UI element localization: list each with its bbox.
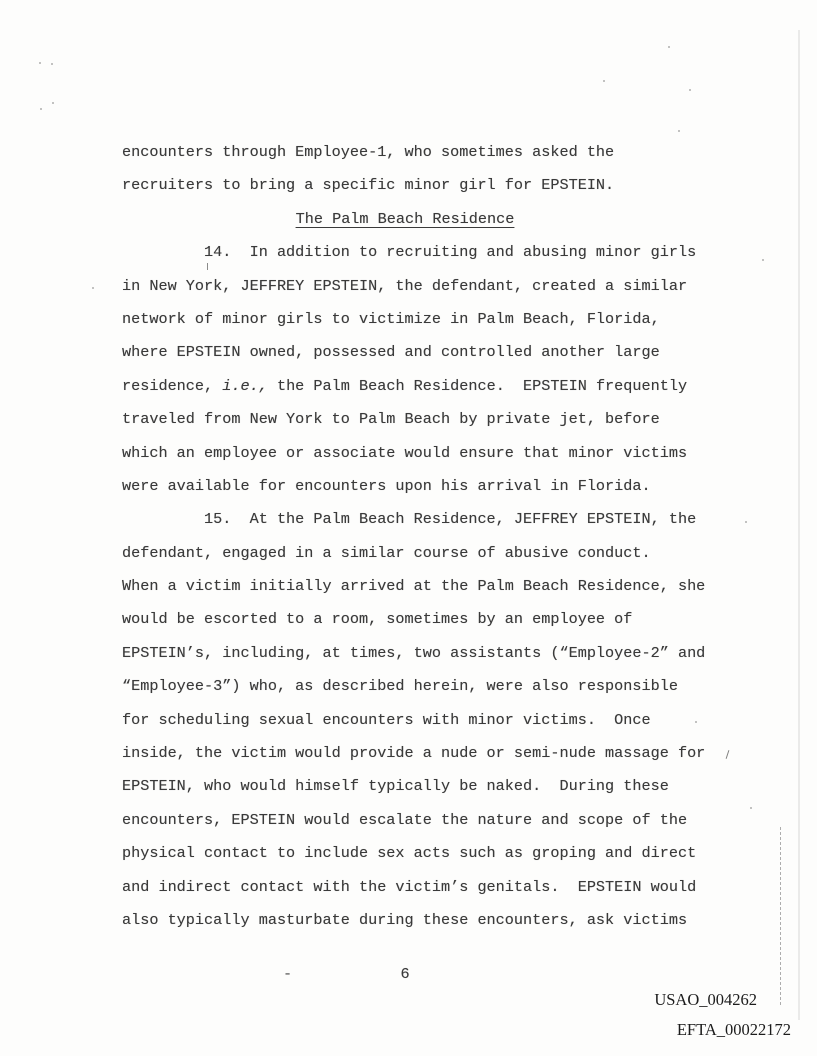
text-segment: residence, [122,377,222,395]
text-line: also typically masturbate during these e… [122,904,688,937]
scan-speck [745,521,747,523]
text-line: and indirect contact with the victim’s g… [122,871,688,904]
bates-number-efta: EFTA_00022172 [677,1020,791,1040]
dashed-margin-line [780,827,781,1005]
text-line: residence, i.e., the Palm Beach Residenc… [122,370,688,403]
text-line: inside, the victim would provide a nude … [122,737,688,770]
scan-speck [695,721,697,723]
text-line: were available for encounters upon his a… [122,470,688,503]
scan-speck [762,259,764,261]
text-line: network of minor girls to victimize in P… [122,303,688,336]
document-page: encounters through Employee-1, who somet… [0,0,817,1056]
scan-speck [40,108,42,110]
text-segment: the Palm Beach Residence. EPSTEIN freque… [268,377,687,395]
text-segment-italic: i.e., [222,377,268,395]
text-line: would be escorted to a room, sometimes b… [122,603,688,636]
text-line: where EPSTEIN owned, possessed and contr… [122,336,688,369]
scan-speck [51,63,53,65]
text-line: recruiters to bring a specific minor gir… [122,169,688,202]
scan-speck [678,130,680,132]
text-line: 15. At the Palm Beach Residence, JEFFREY… [122,503,688,536]
page-number: 6 [122,962,688,986]
scan-speck [39,62,41,64]
text-line: encounters through Employee-1, who somet… [122,136,688,169]
body-text-block: encounters through Employee-1, who somet… [122,136,688,937]
text-line: When a victim initially arrived at the P… [122,570,688,603]
text-line: for scheduling sexual encounters with mi… [122,704,688,737]
text-line: EPSTEIN’s, including, at times, two assi… [122,637,688,670]
text-line: EPSTEIN, who would himself typically be … [122,770,688,803]
section-heading: The Palm Beach Residence [122,203,688,236]
text-line: physical contact to include sex acts suc… [122,837,688,870]
scan-speck [750,807,752,809]
scan-tick-mark [207,263,208,270]
section-heading-text: The Palm Beach Residence [296,210,515,228]
scan-speck [689,89,691,91]
scan-speck [52,102,54,104]
text-line: traveled from New York to Palm Beach by … [122,403,688,436]
scan-speck [603,80,605,82]
text-line: “Employee-3”) who, as described herein, … [122,670,688,703]
scan-slash-mark [726,750,730,759]
text-line: which an employee or associate would ens… [122,437,688,470]
scan-speck [92,287,94,289]
scan-speck [668,46,670,48]
bates-number-usao: USAO_004262 [654,990,757,1010]
scan-edge-artifact [798,30,800,1020]
text-line: encounters, EPSTEIN would escalate the n… [122,804,688,837]
text-line: in New York, JEFFREY EPSTEIN, the defend… [122,270,688,303]
text-line: defendant, engaged in a similar course o… [122,537,688,570]
